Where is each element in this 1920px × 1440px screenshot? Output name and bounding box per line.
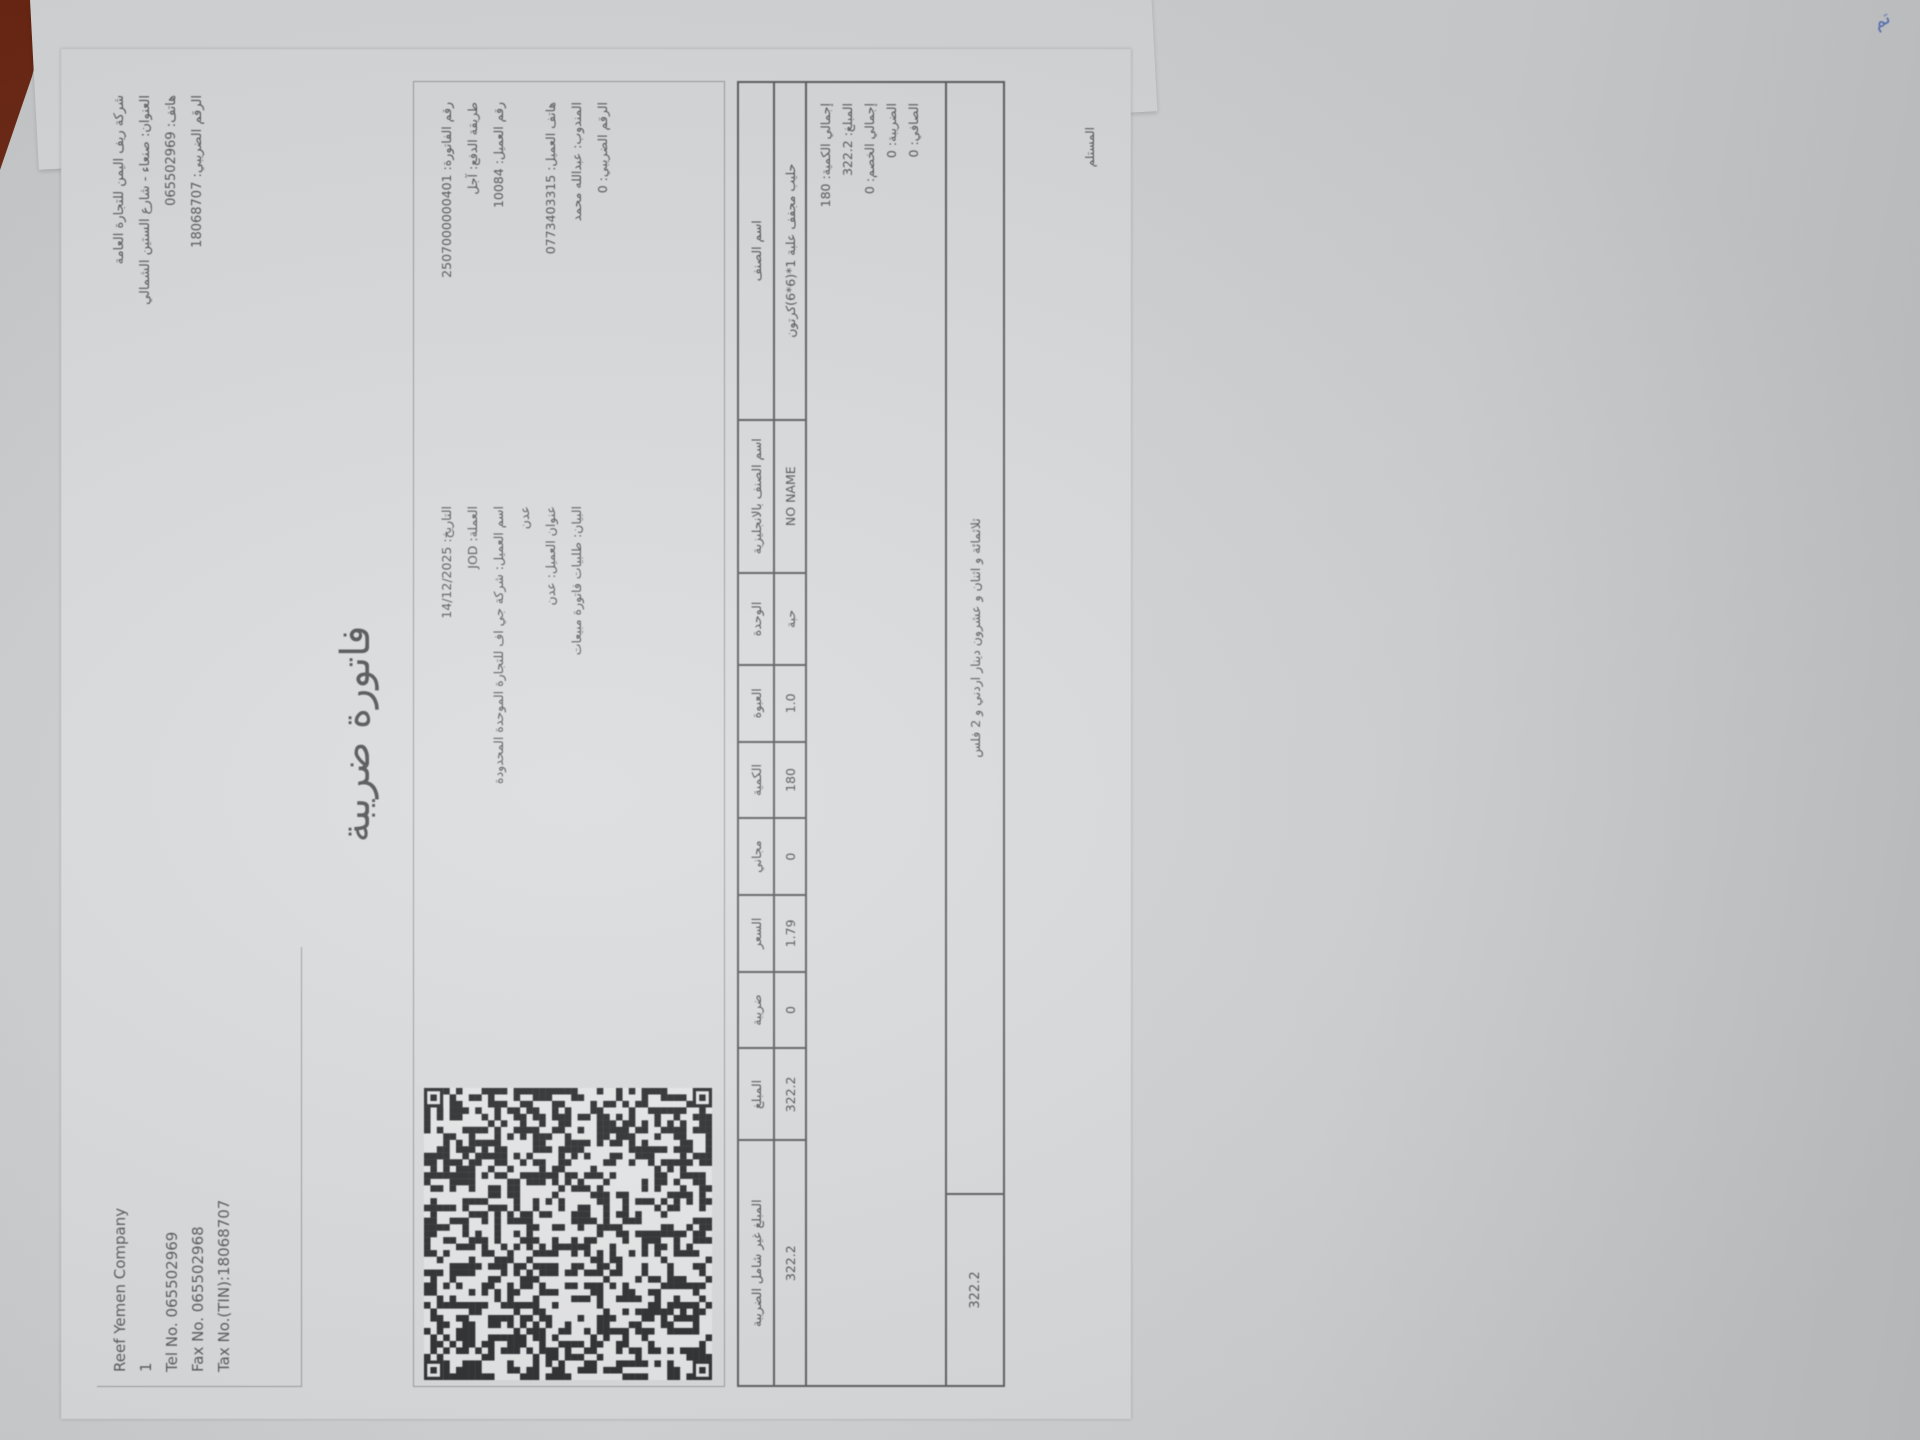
- invoice-date: التاريخ: 14/12/2025: [434, 506, 460, 926]
- cell-pack: 1.0: [774, 665, 806, 742]
- grand-total: 322.2: [947, 1195, 1003, 1385]
- customer-details-box: التاريخ: 14/12/2025 العملة: JOD اسم العم…: [413, 81, 725, 1387]
- col-tax: ضريبة: [738, 972, 774, 1049]
- signature-label: المستلم: [1083, 127, 1097, 167]
- totals-summary: إجمالي الكمية: 180 المبلغ: 322.2 إجمالي …: [815, 103, 925, 403]
- company-fax: Fax No. 065502968: [185, 961, 211, 1372]
- invoice-number: رقم الفاتورة: 2507000000401: [434, 102, 460, 482]
- spacer: [512, 102, 538, 482]
- company-tel: Tel No. 065502969: [159, 961, 185, 1372]
- qr-code: [424, 1088, 712, 1380]
- customer-city: عدن: [512, 506, 538, 926]
- customer-number: رقم العميل: 10084: [486, 102, 512, 482]
- invoice-currency: العملة: JOD: [460, 506, 486, 926]
- summary-tax: الضريبة: 0: [881, 103, 903, 403]
- customer-info-column-1: التاريخ: 14/12/2025 العملة: JOD اسم العم…: [434, 506, 590, 926]
- company-info-english: Reef Yemen Company 1 Tel No. 065502969 F…: [97, 947, 302, 1387]
- cell-price: 1.79: [774, 895, 806, 972]
- col-free: مجاني: [738, 818, 774, 895]
- company-tax-ar: الرقم الضريبي: 18068707: [185, 95, 211, 507]
- handwritten-note: تم: [1869, 7, 1894, 34]
- company-line2-en: 1: [133, 961, 159, 1372]
- company-name-ar: شركة ريف اليمن للتجارة العامة: [107, 95, 133, 507]
- summary-total-qty: إجمالي الكمية: 180: [815, 103, 837, 403]
- cell-unit: حبة: [774, 573, 806, 665]
- table-header-row: اسم الصنف اسم الصنف بالانجليزية الوحدة ا…: [738, 82, 774, 1386]
- col-amount-excl-tax: المبلغ غير شامل الضريبة: [738, 1140, 774, 1386]
- summary-net: الصافي: 0: [903, 103, 925, 403]
- cell-quantity: 180: [774, 742, 806, 819]
- company-name-en: Reef Yemen Company: [107, 961, 133, 1372]
- table-row: حليب مجفف علبة 1*(6*6)كرتون NO NAME حبة …: [774, 82, 806, 1386]
- summary-discount: إجمالي الخصم: 0: [859, 103, 881, 403]
- col-price: السعر: [738, 895, 774, 972]
- col-item-name-en: اسم الصنف بالانجليزية: [738, 420, 774, 573]
- sales-delegate: المندوب: عبدالله محمد: [564, 102, 590, 482]
- qr-code-icon: [424, 1088, 712, 1380]
- invoice-title: فاتورة ضريبة: [333, 67, 379, 1401]
- invoice-frame: Reef Yemen Company 1 Tel No. 065502969 F…: [83, 67, 1113, 1401]
- cell-item-name-en: NO NAME: [774, 420, 806, 573]
- cell-tax: 0: [774, 972, 806, 1049]
- col-pack: العبوة: [738, 665, 774, 742]
- cell-amount-excl-tax: 322.2: [774, 1140, 806, 1386]
- company-tel-ar: هاتف: 065502969: [159, 95, 185, 507]
- summary-amount: المبلغ: 322.2: [837, 103, 859, 403]
- cell-free: 0: [774, 818, 806, 895]
- items-table: اسم الصنف اسم الصنف بالانجليزية الوحدة ا…: [737, 81, 807, 1387]
- cell-amount: 322.2: [774, 1048, 806, 1140]
- invoice-statement: البيان: طلبيات فاتورة مبيعات: [564, 506, 590, 926]
- cell-item-name: حليب مجفف علبة 1*(6*6)كرتون: [774, 82, 806, 420]
- col-item-name: اسم الصنف: [738, 82, 774, 420]
- company-address-ar: العنوان: صنعاء - شارع الستين الشمالي: [133, 95, 159, 507]
- col-amount: المبلغ: [738, 1048, 774, 1140]
- col-quantity: الكمية: [738, 742, 774, 819]
- col-unit: الوحدة: [738, 573, 774, 665]
- company-info-arabic: شركة ريف اليمن للتجارة العامة العنوان: ص…: [97, 81, 302, 521]
- amount-in-words-row: ثلاثمائة و اثنان و عشرون دينار اردني و 2…: [945, 81, 1005, 1387]
- summary-area: إجمالي الكمية: 180 المبلغ: 322.2 إجمالي …: [805, 81, 945, 1387]
- customer-tax-number: الرقم الضريبي: 0: [590, 102, 616, 482]
- company-tax-no: Tax No.(TIN):18068707: [211, 961, 237, 1372]
- tax-invoice: Reef Yemen Company 1 Tel No. 065502969 F…: [61, 49, 1131, 1419]
- customer-name: اسم العميل: شركة جي اف للتجارة الموحدة ا…: [486, 506, 512, 926]
- customer-info-column-2: رقم الفاتورة: 2507000000401 طريقة الدفع:…: [434, 102, 616, 482]
- payment-method: طريقة الدفع: آجل: [460, 102, 486, 482]
- amount-in-words: ثلاثمائة و اثنان و عشرون دينار اردني و 2…: [947, 83, 1003, 1195]
- customer-phone: هاتف العميل: 0773403315: [538, 102, 564, 482]
- customer-address: عنوان العميل: عدن: [538, 506, 564, 926]
